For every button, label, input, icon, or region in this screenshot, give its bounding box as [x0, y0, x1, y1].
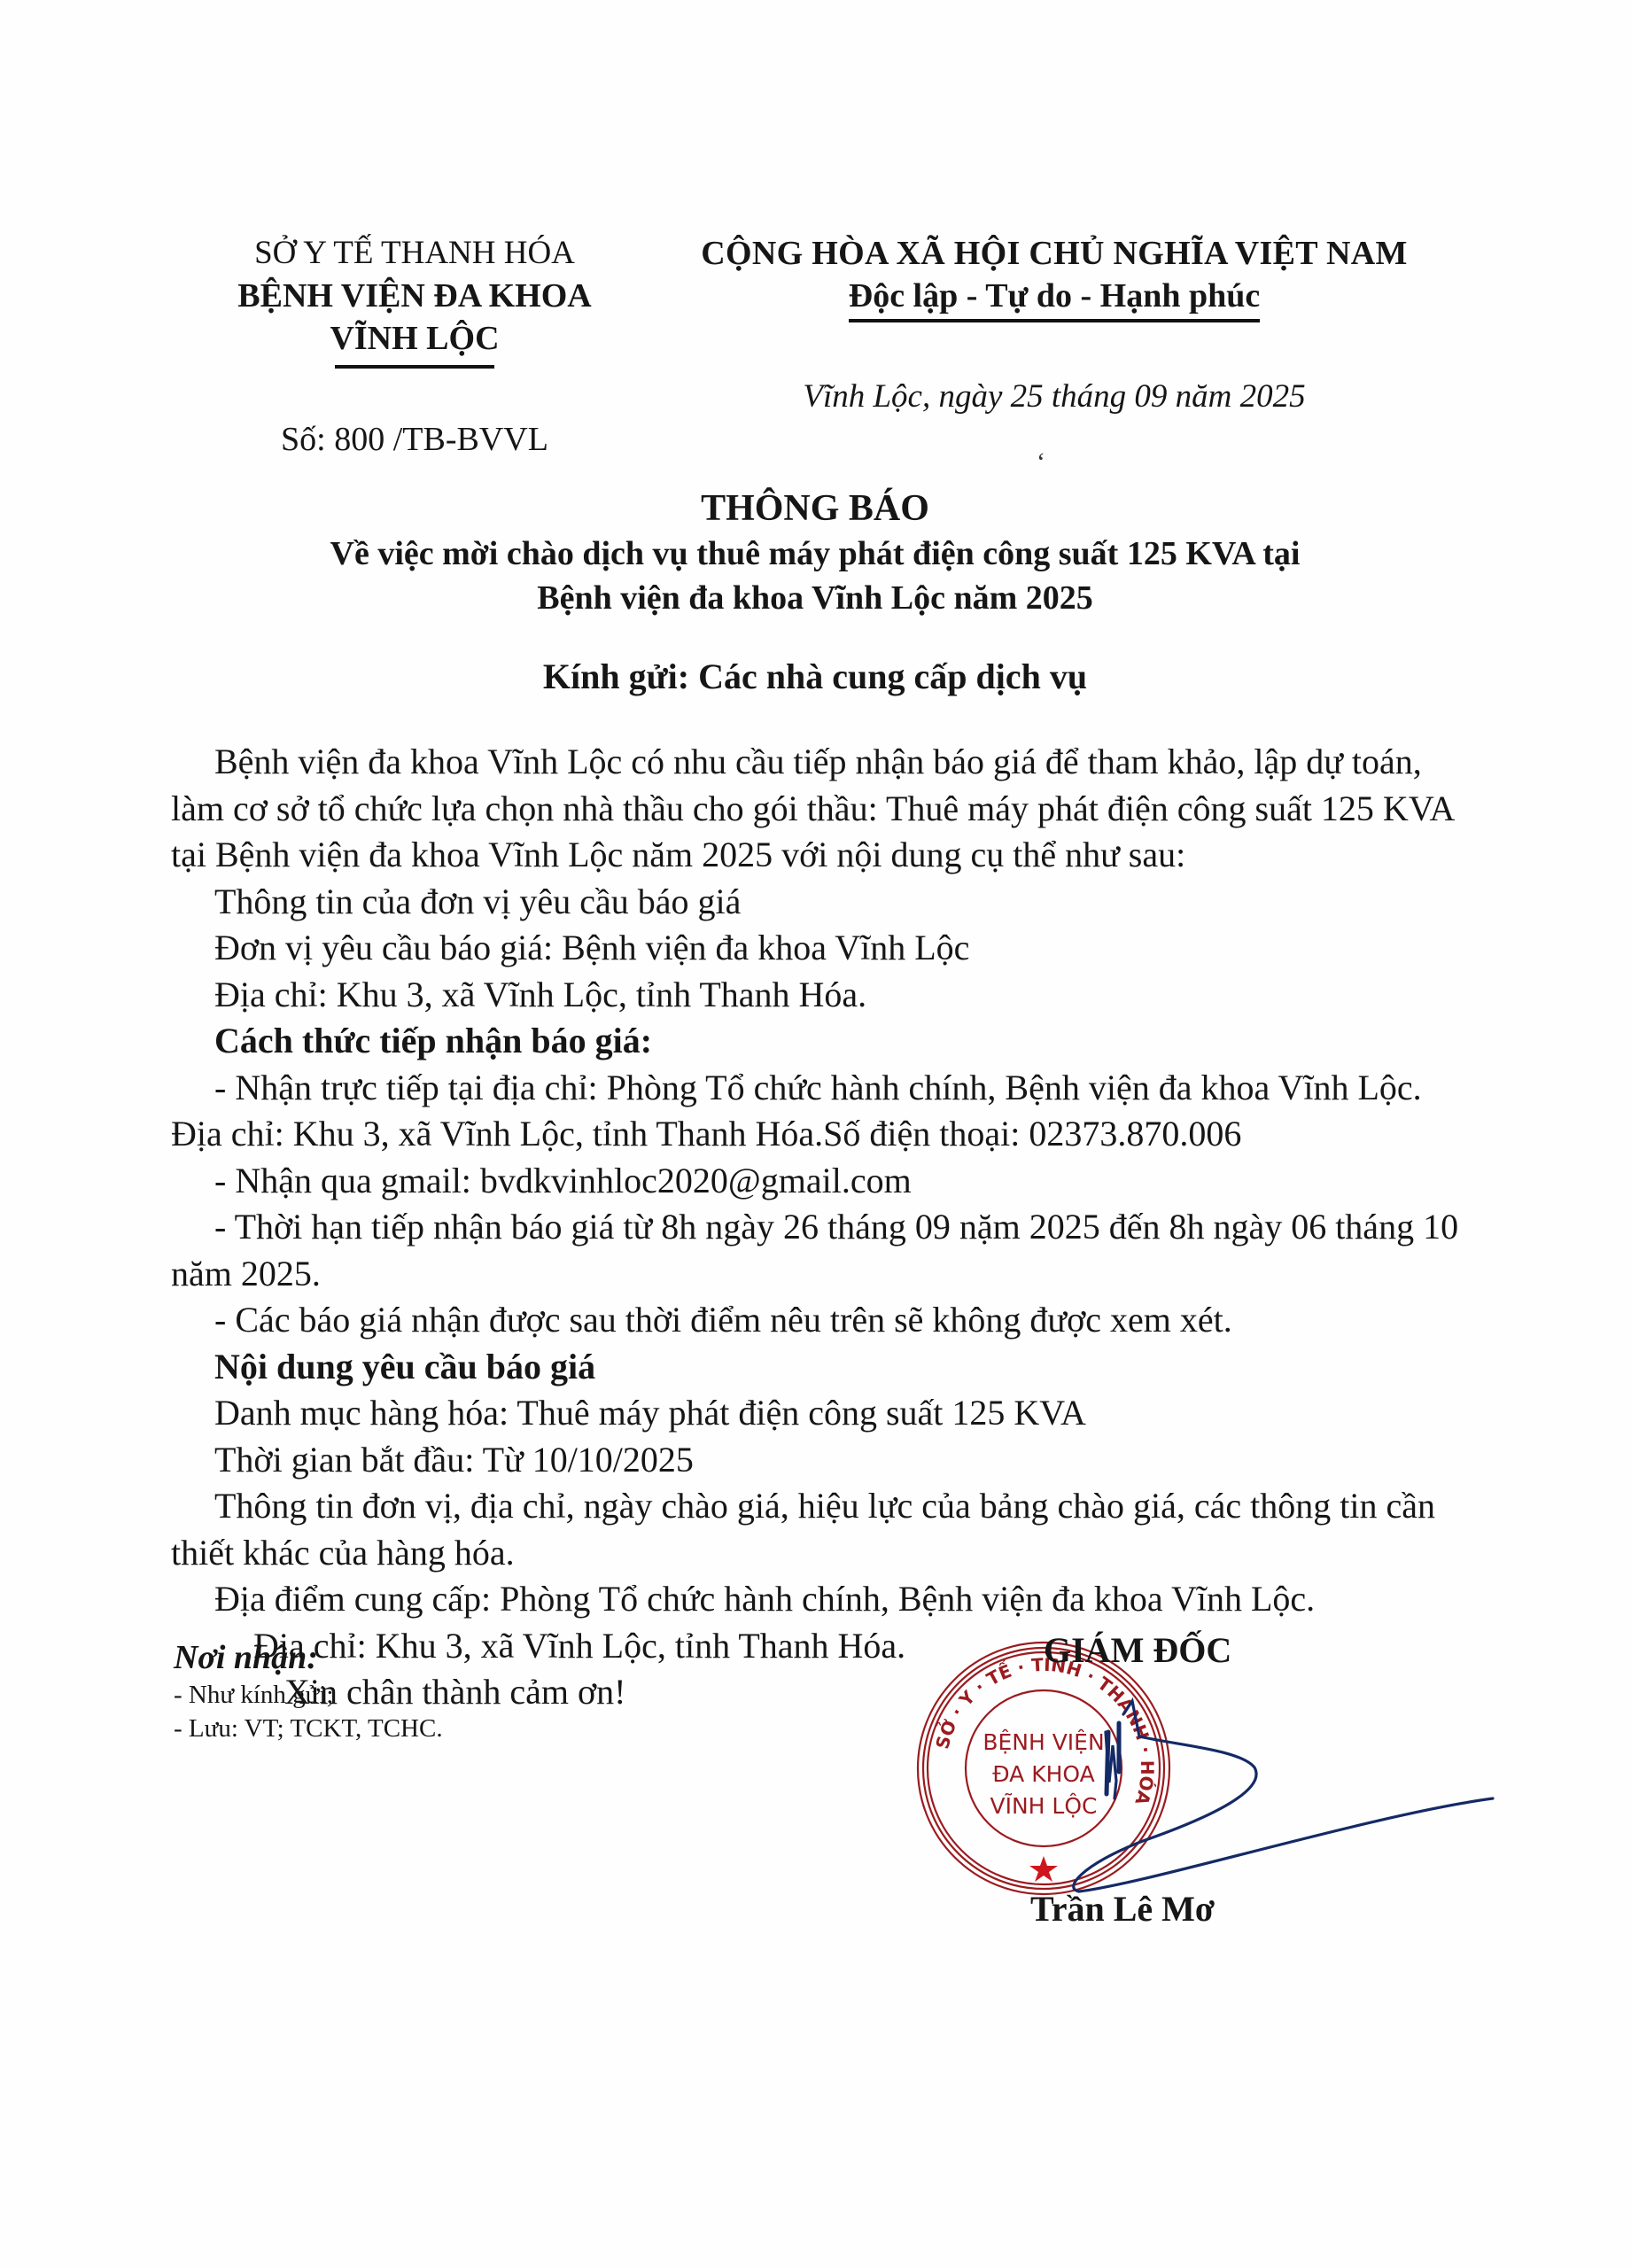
document-page: SỞ Y TẾ THANH HÓA BỆNH VIỆN ĐA KHOA VĨNH… — [0, 0, 1631, 2268]
content-heading: Nội dung yêu cầu báo giá — [171, 1344, 1464, 1391]
requester-heading: Thông tin của đơn vị yêu cầu báo giá — [171, 879, 1464, 926]
info-required: Thông tin đơn vị, địa chỉ, ngày chào giá… — [171, 1483, 1464, 1576]
recipients-heading: Nơi nhận: — [174, 1637, 443, 1678]
salutation: Kính gửi: Các nhà cung cấp dịch vụ — [159, 654, 1471, 700]
organization-name-line1: BỆNH VIỆN ĐA KHOA — [193, 275, 636, 317]
nation-name: CỘNG HÒA XÃ HỘI CHỦ NGHĨA VIỆT NAM — [682, 232, 1426, 275]
issuer-header: SỞ Y TẾ THANH HÓA BỆNH VIỆN ĐA KHOA VĨNH… — [193, 232, 636, 461]
receipt-item-late-notice: - Các báo giá nhận được sau thời điểm nê… — [171, 1297, 1464, 1344]
receipt-item-deadline: - Thời hạn tiếp nhận báo giá từ 8h ngày … — [171, 1204, 1464, 1297]
receipt-heading: Cách thức tiếp nhận báo giá: — [171, 1018, 1464, 1065]
official-seal-icon: SỞ · Y · TẾ · TỈNH · THANH · HÓA BỆNH VI… — [915, 1640, 1172, 1897]
recipient-item: - Như kính gửi; — [174, 1678, 443, 1712]
scan-mark: ʻ — [1037, 447, 1045, 478]
delivery-location: Địa điểm cung cấp: Phòng Tổ chức hành ch… — [171, 1576, 1464, 1623]
header-underline — [335, 365, 494, 369]
organization-name-line2: VĨNH LỘC — [193, 317, 636, 360]
receipt-item-email: - Nhận qua gmail: bvdkvinhloc2020@gmail.… — [171, 1158, 1464, 1205]
seal-center-line: VĨNH LỘC — [990, 1792, 1098, 1819]
recipient-item: - Lưu: VT; TCKT, TCHC. — [174, 1712, 443, 1745]
dateline: Vĩnh Lộc, ngày 25 tháng 09 năm 2025 — [682, 376, 1426, 418]
national-motto: Độc lập - Tự do - Hạnh phúc — [849, 275, 1261, 322]
signer-title: GIÁM ĐỐC — [1044, 1628, 1231, 1673]
subject-line-1: Về việc mời chào dịch vụ thuê máy phát đ… — [159, 532, 1471, 576]
intro-paragraph: Bệnh viện đa khoa Vĩnh Lộc có nhu cầu ti… — [171, 739, 1464, 879]
requester-address: Địa chỉ: Khu 3, xã Vĩnh Lộc, tỉnh Thanh … — [171, 972, 1464, 1019]
recipients-block: Nơi nhận: - Như kính gửi; - Lưu: VT; TCK… — [174, 1637, 443, 1745]
seal-center-line: ĐA KHOA — [992, 1761, 1095, 1787]
document-number: Số: 800 /TB-BVVL — [193, 418, 636, 461]
document-title: THÔNG BÁO Về việc mời chào dịch vụ thuê … — [159, 485, 1471, 620]
parent-agency: SỞ Y TẾ THANH HÓA — [193, 232, 636, 275]
seal-center-line: BỆNH VIỆN — [982, 1729, 1104, 1755]
start-time: Thời gian bắt đầu: Từ 10/10/2025 — [171, 1437, 1464, 1484]
subject-line-2: Bệnh viện đa khoa Vĩnh Lộc năm 2025 — [159, 576, 1471, 620]
national-header: CỘNG HÒA XÃ HỘI CHỦ NGHĨA VIỆT NAM Độc l… — [682, 232, 1426, 418]
signer-name: Trần Lê Mơ — [1030, 1887, 1215, 1931]
title-heading: THÔNG BÁO — [159, 485, 1471, 532]
goods-category: Danh mục hàng hóa: Thuê máy phát điện cô… — [171, 1390, 1464, 1437]
requester-unit: Đơn vị yêu cầu báo giá: Bệnh viện đa kho… — [171, 925, 1464, 972]
document-body: Bệnh viện đa khoa Vĩnh Lộc có nhu cầu ti… — [171, 739, 1464, 1716]
receipt-item: - Nhận trực tiếp tại địa chỉ: Phòng Tổ c… — [171, 1065, 1464, 1158]
